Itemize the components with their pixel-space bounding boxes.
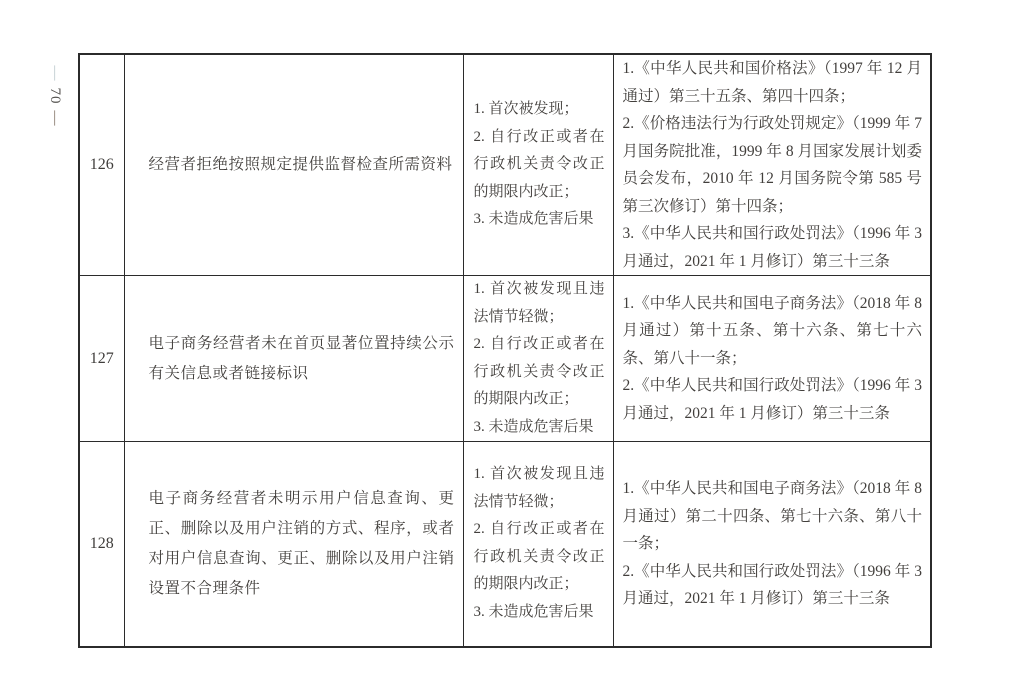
conditions-cell: 1. 首次被发现且违法情节轻微； 2. 自行改正或者在行政机关责令改正的期限内改… [463, 442, 613, 647]
legal-item: 1.《中华人民共和国价格法》（1997 年 12 月通过）第三十五条、第四十四条… [623, 55, 923, 110]
condition-item: 3. 未造成危害后果 [474, 599, 605, 627]
condition-item: 3. 未造成危害后果 [474, 414, 605, 442]
conditions-cell: 1. 首次被发现且违法情节轻微； 2. 自行改正或者在行政机关责令改正的期限内改… [463, 276, 613, 442]
violation-text: 电子商务经营者未在首页显著位置持续公示有关信息或者链接标识 [149, 329, 455, 389]
page-number-dash-bottom: — [47, 111, 63, 127]
condition-item: 2. 自行改正或者在行政机关责令改正的期限内改正； [474, 516, 605, 599]
condition-item: 2. 自行改正或者在行政机关责令改正的期限内改正； [474, 331, 605, 414]
violation-text: 电子商务经营者未明示用户信息查询、更正、删除以及用户注销的方式、程序，或者对用户… [149, 484, 455, 604]
table-row: 127 电子商务经营者未在首页显著位置持续公示有关信息或者链接标识 1. 首次被… [79, 276, 931, 442]
row-number: 127 [90, 350, 114, 367]
table-row: 126 经营者拒绝按照规定提供监督检查所需资料 1. 首次被发现； 2. 自行改… [79, 54, 931, 276]
row-number-cell: 128 [79, 442, 124, 647]
legal-item: 2.《价格违法行为行政处罚规定》（1999 年 7 月国务院批准，1999 年 … [623, 110, 923, 220]
table-row: 128 电子商务经营者未明示用户信息查询、更正、删除以及用户注销的方式、程序，或… [79, 442, 931, 647]
page-number: —70— [45, 56, 63, 136]
conditions-cell: 1. 首次被发现； 2. 自行改正或者在行政机关责令改正的期限内改正； 3. 未… [463, 54, 613, 276]
page-number-value: 70 [47, 82, 63, 111]
legal-item: 3.《中华人民共和国行政处罚法》（1996 年 3 月通过，2021 年 1 月… [623, 220, 923, 275]
condition-item: 3. 未造成危害后果 [474, 206, 605, 234]
legal-item: 1.《中华人民共和国电子商务法》（2018 年 8 月通过）第二十四条、第七十六… [623, 475, 923, 558]
row-number-cell: 127 [79, 276, 124, 442]
condition-item: 1. 首次被发现且违法情节轻微； [474, 276, 605, 331]
legal-item: 2.《中华人民共和国行政处罚法》（1996 年 3 月通过，2021 年 1 月… [623, 372, 923, 427]
violation-cell: 电子商务经营者未在首页显著位置持续公示有关信息或者链接标识 [124, 276, 463, 442]
row-number-cell: 126 [79, 54, 124, 276]
legal-basis-cell: 1.《中华人民共和国价格法》（1997 年 12 月通过）第三十五条、第四十四条… [613, 54, 931, 276]
row-number: 128 [90, 535, 114, 552]
legal-basis-cell: 1.《中华人民共和国电子商务法》（2018 年 8 月通过）第十五条、第十六条、… [613, 276, 931, 442]
legal-item: 2.《中华人民共和国行政处罚法》（1996 年 3 月通过，2021 年 1 月… [623, 558, 923, 613]
document-table: 126 经营者拒绝按照规定提供监督检查所需资料 1. 首次被发现； 2. 自行改… [78, 53, 932, 648]
violation-text: 经营者拒绝按照规定提供监督检查所需资料 [149, 150, 455, 180]
legal-basis-cell: 1.《中华人民共和国电子商务法》（2018 年 8 月通过）第二十四条、第七十六… [613, 442, 931, 647]
row-number: 126 [90, 156, 114, 173]
condition-item: 1. 首次被发现且违法情节轻微； [474, 461, 605, 516]
condition-item: 2. 自行改正或者在行政机关责令改正的期限内改正； [474, 124, 605, 207]
violation-cell: 电子商务经营者未明示用户信息查询、更正、删除以及用户注销的方式、程序，或者对用户… [124, 442, 463, 647]
condition-item: 1. 首次被发现； [474, 96, 605, 124]
legal-item: 1.《中华人民共和国电子商务法》（2018 年 8 月通过）第十五条、第十六条、… [623, 290, 923, 373]
page-number-dash-top: — [47, 66, 63, 82]
violation-cell: 经营者拒绝按照规定提供监督检查所需资料 [124, 54, 463, 276]
